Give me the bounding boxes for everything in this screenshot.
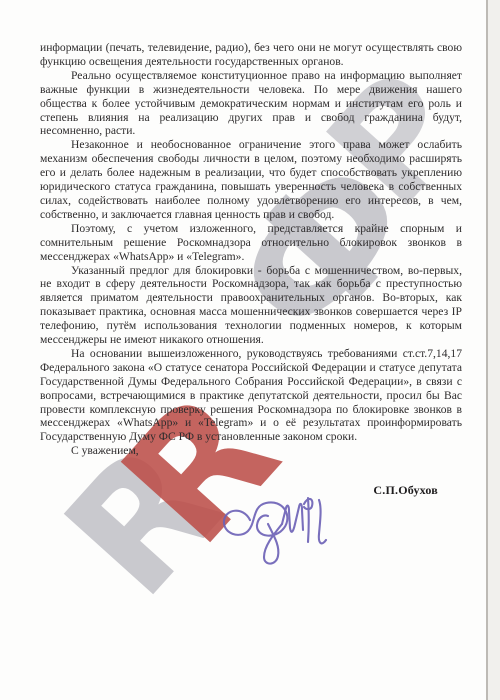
letter-paragraph: Поэтому, с учетом изложенного, представл… (40, 222, 462, 264)
letter-paragraph: На основании вышеизложенного, руководств… (40, 347, 462, 444)
letter-paragraph: Реально осуществляемое конституционное п… (40, 69, 462, 139)
letter-paragraph: информации (печать, телевидение, радио),… (40, 41, 462, 69)
letter-paragraph: Указанный предлог для блокировки - борьб… (40, 264, 462, 347)
letter-closing: С уважением, (40, 444, 462, 458)
signature-ink (216, 494, 348, 590)
screenshot-root: R Ф Р R информации (печать, телевидение,… (0, 0, 500, 700)
letter-paragraph: Незаконное и необоснованное ограничение … (40, 138, 462, 221)
scan-page-edge (486, 0, 500, 700)
letter-body: информации (печать, телевидение, радио),… (0, 0, 500, 498)
scanned-letter-page: R Ф Р R информации (печать, телевидение,… (0, 0, 500, 700)
